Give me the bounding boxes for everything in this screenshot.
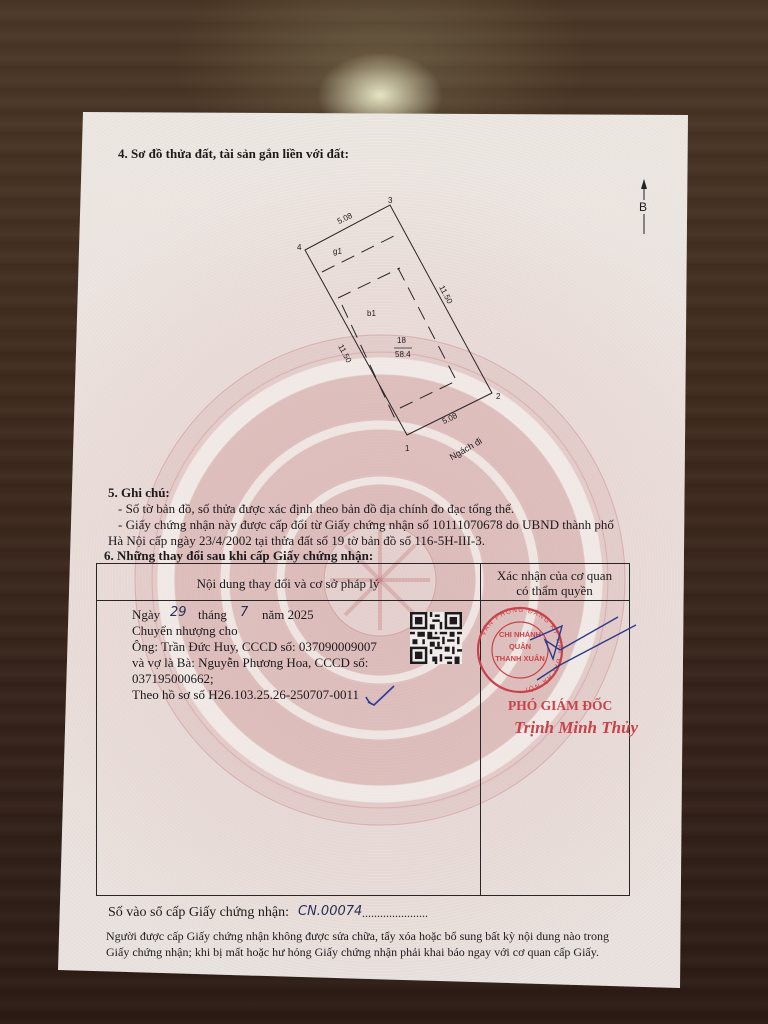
signer-title: PHÓ GIÁM ĐỐC <box>508 698 612 714</box>
registry-value: CN.00074 <box>298 904 362 919</box>
footer-line-1: Người được cấp Giấy chứng nhận không đượ… <box>106 929 609 944</box>
certificate-page: 4. Sơ đồ thửa đất, tài sản gắn liền với … <box>0 0 768 1024</box>
registry-label: Số vào sổ cấp Giấy chứng nhận: <box>108 905 289 921</box>
signature <box>0 0 768 1024</box>
signer-name: Trịnh Minh Thủy <box>514 718 638 738</box>
registry-dots: ...................... <box>362 905 428 921</box>
footer-line-2: Giấy chứng nhận; khi bị mất hoặc hư hỏng… <box>106 945 599 960</box>
